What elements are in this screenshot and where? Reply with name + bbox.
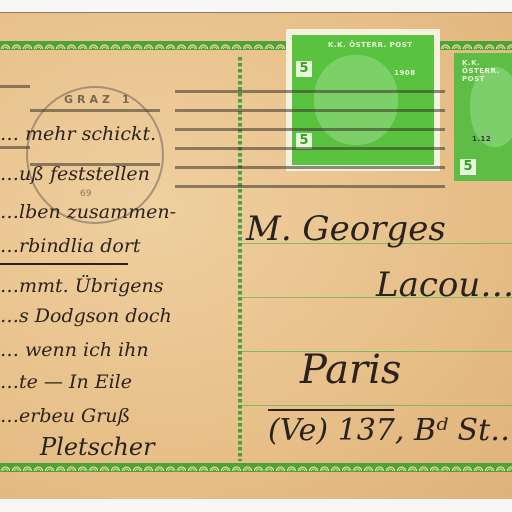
message-line: …s Dodgson doch xyxy=(0,305,172,327)
imprint-value: 5 xyxy=(460,159,476,175)
postcard: GRAZ 1 69 5 5 K.K. ÖSTERR. POST 1908 5 K… xyxy=(0,12,512,499)
cancel-line xyxy=(175,185,445,188)
cancel-line xyxy=(175,128,445,131)
stamp-year: 1908 xyxy=(394,69,415,77)
postmark-city: GRAZ 1 xyxy=(64,93,133,106)
cancel-line xyxy=(175,166,445,169)
city-underline xyxy=(268,409,394,411)
stamp-inscription: K.K. ÖSTERR. POST xyxy=(328,41,413,49)
cancel-line xyxy=(175,147,445,150)
message-line: …mmt. Übrigens xyxy=(0,275,163,297)
message-line: … wenn ich ihn xyxy=(0,339,149,361)
dotted-divider xyxy=(238,57,242,461)
address-rule xyxy=(242,405,512,406)
bottom-ornamental-border xyxy=(0,463,512,472)
cancel-line xyxy=(0,85,30,88)
imprint-inscription: K.K. ÖSTERR. POST xyxy=(462,59,512,83)
cancel-line xyxy=(175,90,445,93)
postmark-number: 69 xyxy=(80,189,91,199)
underline xyxy=(0,263,128,265)
address-line: Lacou… xyxy=(376,265,512,305)
address-city: Paris xyxy=(300,347,401,393)
message-line: …erbeu Gruß xyxy=(0,405,130,427)
imprinted-stamp: 5 K.K. ÖSTERR. POST 1.12 xyxy=(450,49,512,181)
address-line: M. Georges xyxy=(246,209,446,249)
imprint-cancel-date: 1.12 xyxy=(472,135,491,143)
cancel-line xyxy=(175,109,445,112)
message-line: …lben zusammen- xyxy=(0,201,176,223)
stamp-value-top: 5 xyxy=(296,61,312,77)
address-line: (Ve) 137, Bᵈ St… xyxy=(268,413,512,448)
signature: Pletscher xyxy=(40,433,155,461)
message-line: …te — In Eile xyxy=(0,371,132,393)
emperor-portrait xyxy=(314,55,398,145)
message-line: … mehr schickt. xyxy=(0,123,156,145)
message-line: …uß feststellen xyxy=(0,163,150,185)
cancel-line xyxy=(0,146,30,149)
cancel-line xyxy=(30,109,160,112)
message-line: …rbindlia dort xyxy=(0,235,141,257)
